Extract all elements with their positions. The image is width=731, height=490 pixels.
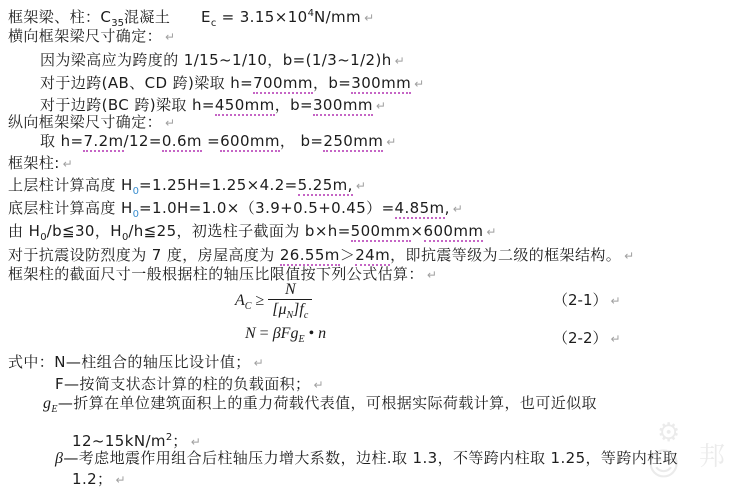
doc-line: 取 h=7.2m/12=0.6m =600mm， b=250mm↵ bbox=[40, 132, 396, 152]
doc-line: 1.2；↵ bbox=[72, 470, 126, 490]
formula-body: N = βFgE • n bbox=[245, 325, 326, 345]
doc-line: F—按简支状态计算的柱的负载面积；↵ bbox=[55, 375, 324, 395]
doc-line: 底层柱计算高度 H0=1.0H=1.0×（3.9+0.5+0.45）=4.85m… bbox=[8, 199, 463, 224]
doc-line: gE—折算在单位建筑面积上的重力荷载代表值，可根据实际荷载计算，也可近似取 bbox=[43, 394, 597, 419]
formula-axial-area: AC ≥ N [μN]fc bbox=[235, 282, 312, 322]
doc-line: 式中：N—柱组合的轴压比设计值；↵ bbox=[8, 353, 264, 373]
doc-line: 框架柱:↵ bbox=[8, 154, 73, 174]
doc-line: 对于边跨(AB、CD 跨)梁取 h=700mm，b=300mm↵ bbox=[40, 74, 424, 94]
doc-line: 因为梁高应为跨度的 1/15~1/10，b=(1/3~1/2)h↵ bbox=[40, 51, 405, 71]
doc-line: 上层柱计算高度 H0=1.25H=1.25×4.2=5.25m,↵ bbox=[8, 176, 366, 201]
doc-line: 由 H0/b≦30，H0/h≦25，初选柱子截面为 b×h=500mm×600m… bbox=[8, 222, 496, 247]
equation-number-2-1: （2-1）↵ bbox=[553, 289, 621, 310]
formula-fraction: N [μN]fc bbox=[268, 281, 312, 324]
equation-number-2-2: （2-2）↵ bbox=[553, 327, 621, 348]
formula-axial-force: N = βFgE • n bbox=[245, 324, 326, 346]
doc-line: 横向框架梁尺寸确定：↵ bbox=[8, 27, 175, 47]
doc-line: β—考虑地震作用组合后柱轴压力增大系数，边柱.取 1.3，不等跨内柱取 1.25… bbox=[55, 449, 678, 468]
gear-icon: ⚙ bbox=[657, 418, 680, 448]
doc-line: 纵向框架梁尺寸确定：↵ bbox=[8, 113, 175, 133]
watermark-text: 邦 bbox=[699, 436, 727, 473]
fraction-denominator: [μN]fc bbox=[268, 299, 312, 324]
doc-line: 对于抗震设防烈度为 7 度，房屋高度为 26.55m＞24m，即抗震等级为二级的… bbox=[8, 246, 634, 266]
doc-line: 框架柱的截面尺寸一般根据柱的轴压比限值按下列公式估算：↵ bbox=[8, 265, 437, 285]
document-page: 框架梁、柱：C35混凝土 Ec = 3.15×104N/mm↵ 横向框架梁尺寸确… bbox=[0, 0, 731, 490]
formula-lhs: AC ≥ bbox=[235, 292, 264, 312]
fraction-numerator: N bbox=[268, 281, 312, 299]
